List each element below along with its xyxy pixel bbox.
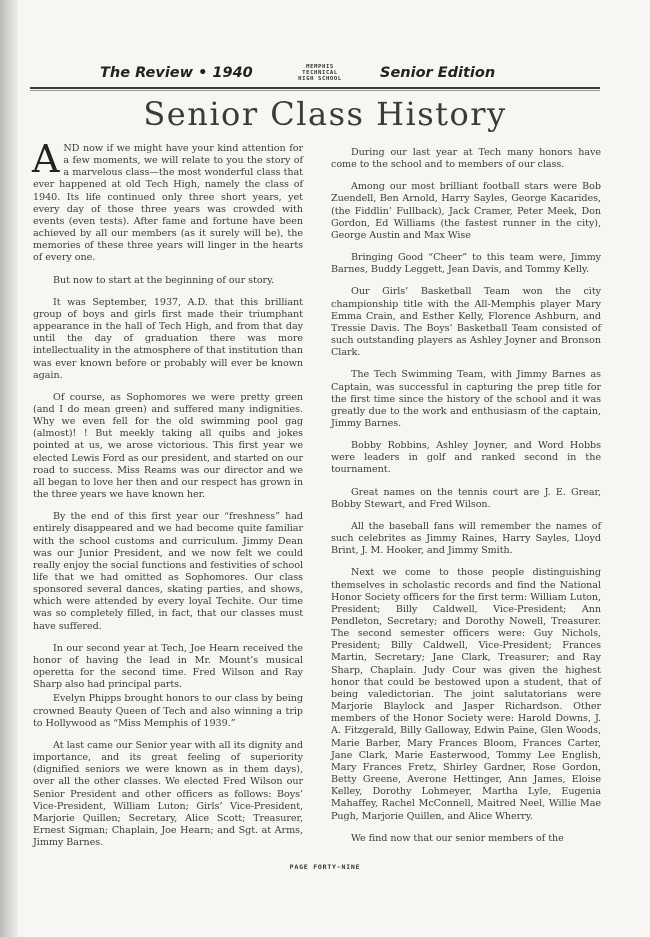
paragraph: Bringing Good “Cheer” to this team were,… [331,252,601,276]
left-column: AND now if we might have your kind atten… [33,143,303,859]
paragraph: We find now that our senior members of t… [331,833,601,845]
header-rule [30,87,600,89]
page-number: PAGE FORTY-NINE [0,863,650,871]
paragraph: Evelyn Phipps brought honors to our clas… [33,693,303,729]
paragraph: All the baseball fans will remember the … [331,521,601,557]
paragraph: Among our most brilliant football stars … [331,181,601,242]
paragraph: Our Girls’ Basketball Team won the city … [331,286,601,359]
paragraph: Of course, as Sophomores we were pretty … [33,392,303,501]
school-name-line: HIGH SCHOOL [280,76,360,82]
paragraph: At last came our Senior year with all it… [33,740,303,849]
paragraph: In our second year at Tech, Joe Hearn re… [33,643,303,692]
paragraph-text: ND now if we might have your kind attent… [33,143,303,263]
paragraph: AND now if we might have your kind atten… [33,143,303,265]
paragraph: During our last year at Tech many honors… [331,147,601,171]
drop-cap: A [32,143,59,175]
right-column: During our last year at Tech many honors… [331,147,601,855]
paragraph: Bobby Robbins, Ashley Joyner, and Word H… [331,440,601,476]
paragraph: The Tech Swimming Team, with Jimmy Barne… [331,369,601,430]
running-head-left: The Review • 1940 [100,65,250,81]
running-head: The Review • 1940 MEMPHIS TECHNICAL HIGH… [100,60,500,86]
page-title: Senior Class History [0,95,650,133]
page-binding-edge [0,0,18,937]
paragraph: Great names on the tennis court are J. E… [331,487,601,511]
paragraph: But now to start at the beginning of our… [33,275,303,287]
paragraph: Next we come to those people distinguish… [331,567,601,822]
paragraph: It was September, 1937, A.D. that this b… [33,297,303,382]
school-name-block: MEMPHIS TECHNICAL HIGH SCHOOL [280,64,360,83]
paragraph: By the end of this first year our “fresh… [33,511,303,633]
running-head-right: Senior Edition [380,65,495,81]
